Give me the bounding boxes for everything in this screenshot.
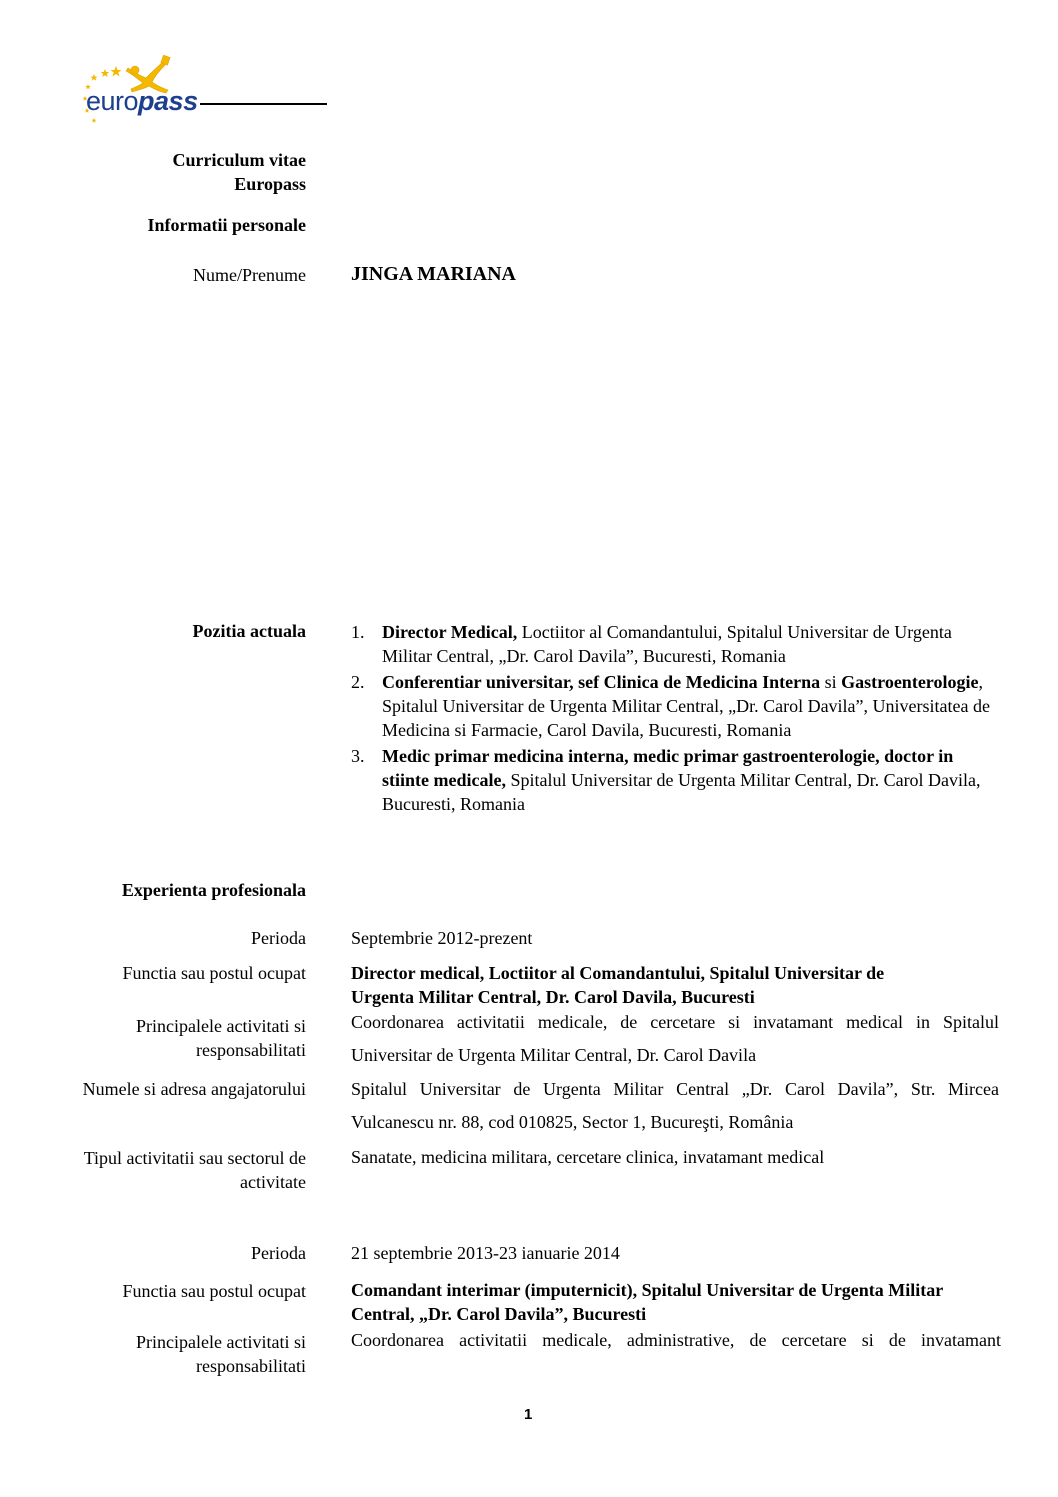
page-number: 1: [524, 1406, 532, 1423]
cv-title-line1: Curriculum vitae: [173, 148, 306, 172]
period-value: Septembrie 2012-prezent: [351, 926, 1001, 950]
period-label: Perioda: [251, 926, 306, 950]
current-position-list: 1. Director Medical, Loctiitor al Comand…: [351, 620, 1001, 818]
employer-line1: Spitalul Universitar de Urgenta Militar …: [351, 1077, 999, 1101]
position-connector: si: [820, 672, 841, 692]
current-position-heading: Pozitia actuala: [193, 621, 306, 642]
header-rule: [200, 103, 327, 105]
period-label: Perioda: [251, 1241, 306, 1265]
employer-label: Numele si adresa angajatorului: [83, 1077, 306, 1101]
position-item: 2. Conferentiar universitar, sef Clinica…: [351, 670, 1001, 742]
activities-label-line2: responsabilitati: [136, 1038, 306, 1062]
activities-value: Coordonarea activitatii medicale, de cer…: [351, 1010, 999, 1067]
activities-label: Principalele activitati si responsabilit…: [136, 1330, 306, 1378]
activities-line1: Coordonarea activitatii medicale, de cer…: [351, 1010, 999, 1034]
position-item: 1. Director Medical, Loctiitor al Comand…: [351, 620, 1001, 668]
wordmark-suffix: pass: [138, 86, 198, 116]
position-title-cont: Gastroenterologie: [841, 672, 978, 692]
function-label: Functia sau postul ocupat: [123, 1279, 306, 1303]
position-item: 3. Medic primar medicina interna, medic …: [351, 744, 1001, 816]
activities-label-line1: Principalele activitati si: [136, 1014, 306, 1038]
position-title: Director Medical,: [382, 622, 517, 642]
europass-wordmark: europass: [86, 86, 198, 117]
function-value: Director medical, Loctiitor al Comandant…: [351, 961, 951, 1009]
sector-label-line1: Tipul activitatii sau sectorul de: [84, 1146, 306, 1170]
position-title: Conferentiar universitar, sef Clinica de…: [382, 672, 820, 692]
activities-label: Principalele activitati si responsabilit…: [136, 1014, 306, 1062]
personal-info-heading: Informatii personale: [148, 215, 306, 236]
activities-label-line2: responsabilitati: [136, 1354, 306, 1378]
name-value: JINGA MARIANA: [351, 263, 1001, 286]
sector-value: Sanatate, medicina militara, cercetare c…: [351, 1145, 1001, 1169]
cv-title: Curriculum vitae Europass: [173, 148, 306, 196]
activities-label-line1: Principalele activitati si: [136, 1330, 306, 1354]
position-number: 1.: [351, 620, 365, 644]
position-number: 2.: [351, 670, 365, 694]
activities-line2: Universitar de Urgenta Militar Central, …: [351, 1043, 999, 1067]
experience-heading: Experienta profesionala: [122, 880, 306, 901]
employer-value: Spitalul Universitar de Urgenta Militar …: [351, 1077, 999, 1134]
activities-line1: Coordonarea activitatii medicale, admini…: [351, 1328, 1001, 1352]
function-value: Comandant interimar (imputernicit), Spit…: [351, 1278, 1001, 1326]
function-label: Functia sau postul ocupat: [123, 961, 306, 985]
sector-label: Tipul activitatii sau sectorul de activi…: [84, 1146, 306, 1194]
activities-value: Coordonarea activitatii medicale, admini…: [351, 1328, 1001, 1352]
cv-title-line2: Europass: [173, 172, 306, 196]
wordmark-prefix: euro: [86, 86, 138, 116]
employer-line2: Vulcanescu nr. 88, cod 010825, Sector 1,…: [351, 1110, 999, 1134]
period-value: 21 septembrie 2013-23 ianuarie 2014: [351, 1241, 1001, 1265]
name-label: Nume/Prenume: [193, 263, 306, 287]
sector-label-line2: activitate: [84, 1170, 306, 1194]
position-number: 3.: [351, 744, 365, 768]
